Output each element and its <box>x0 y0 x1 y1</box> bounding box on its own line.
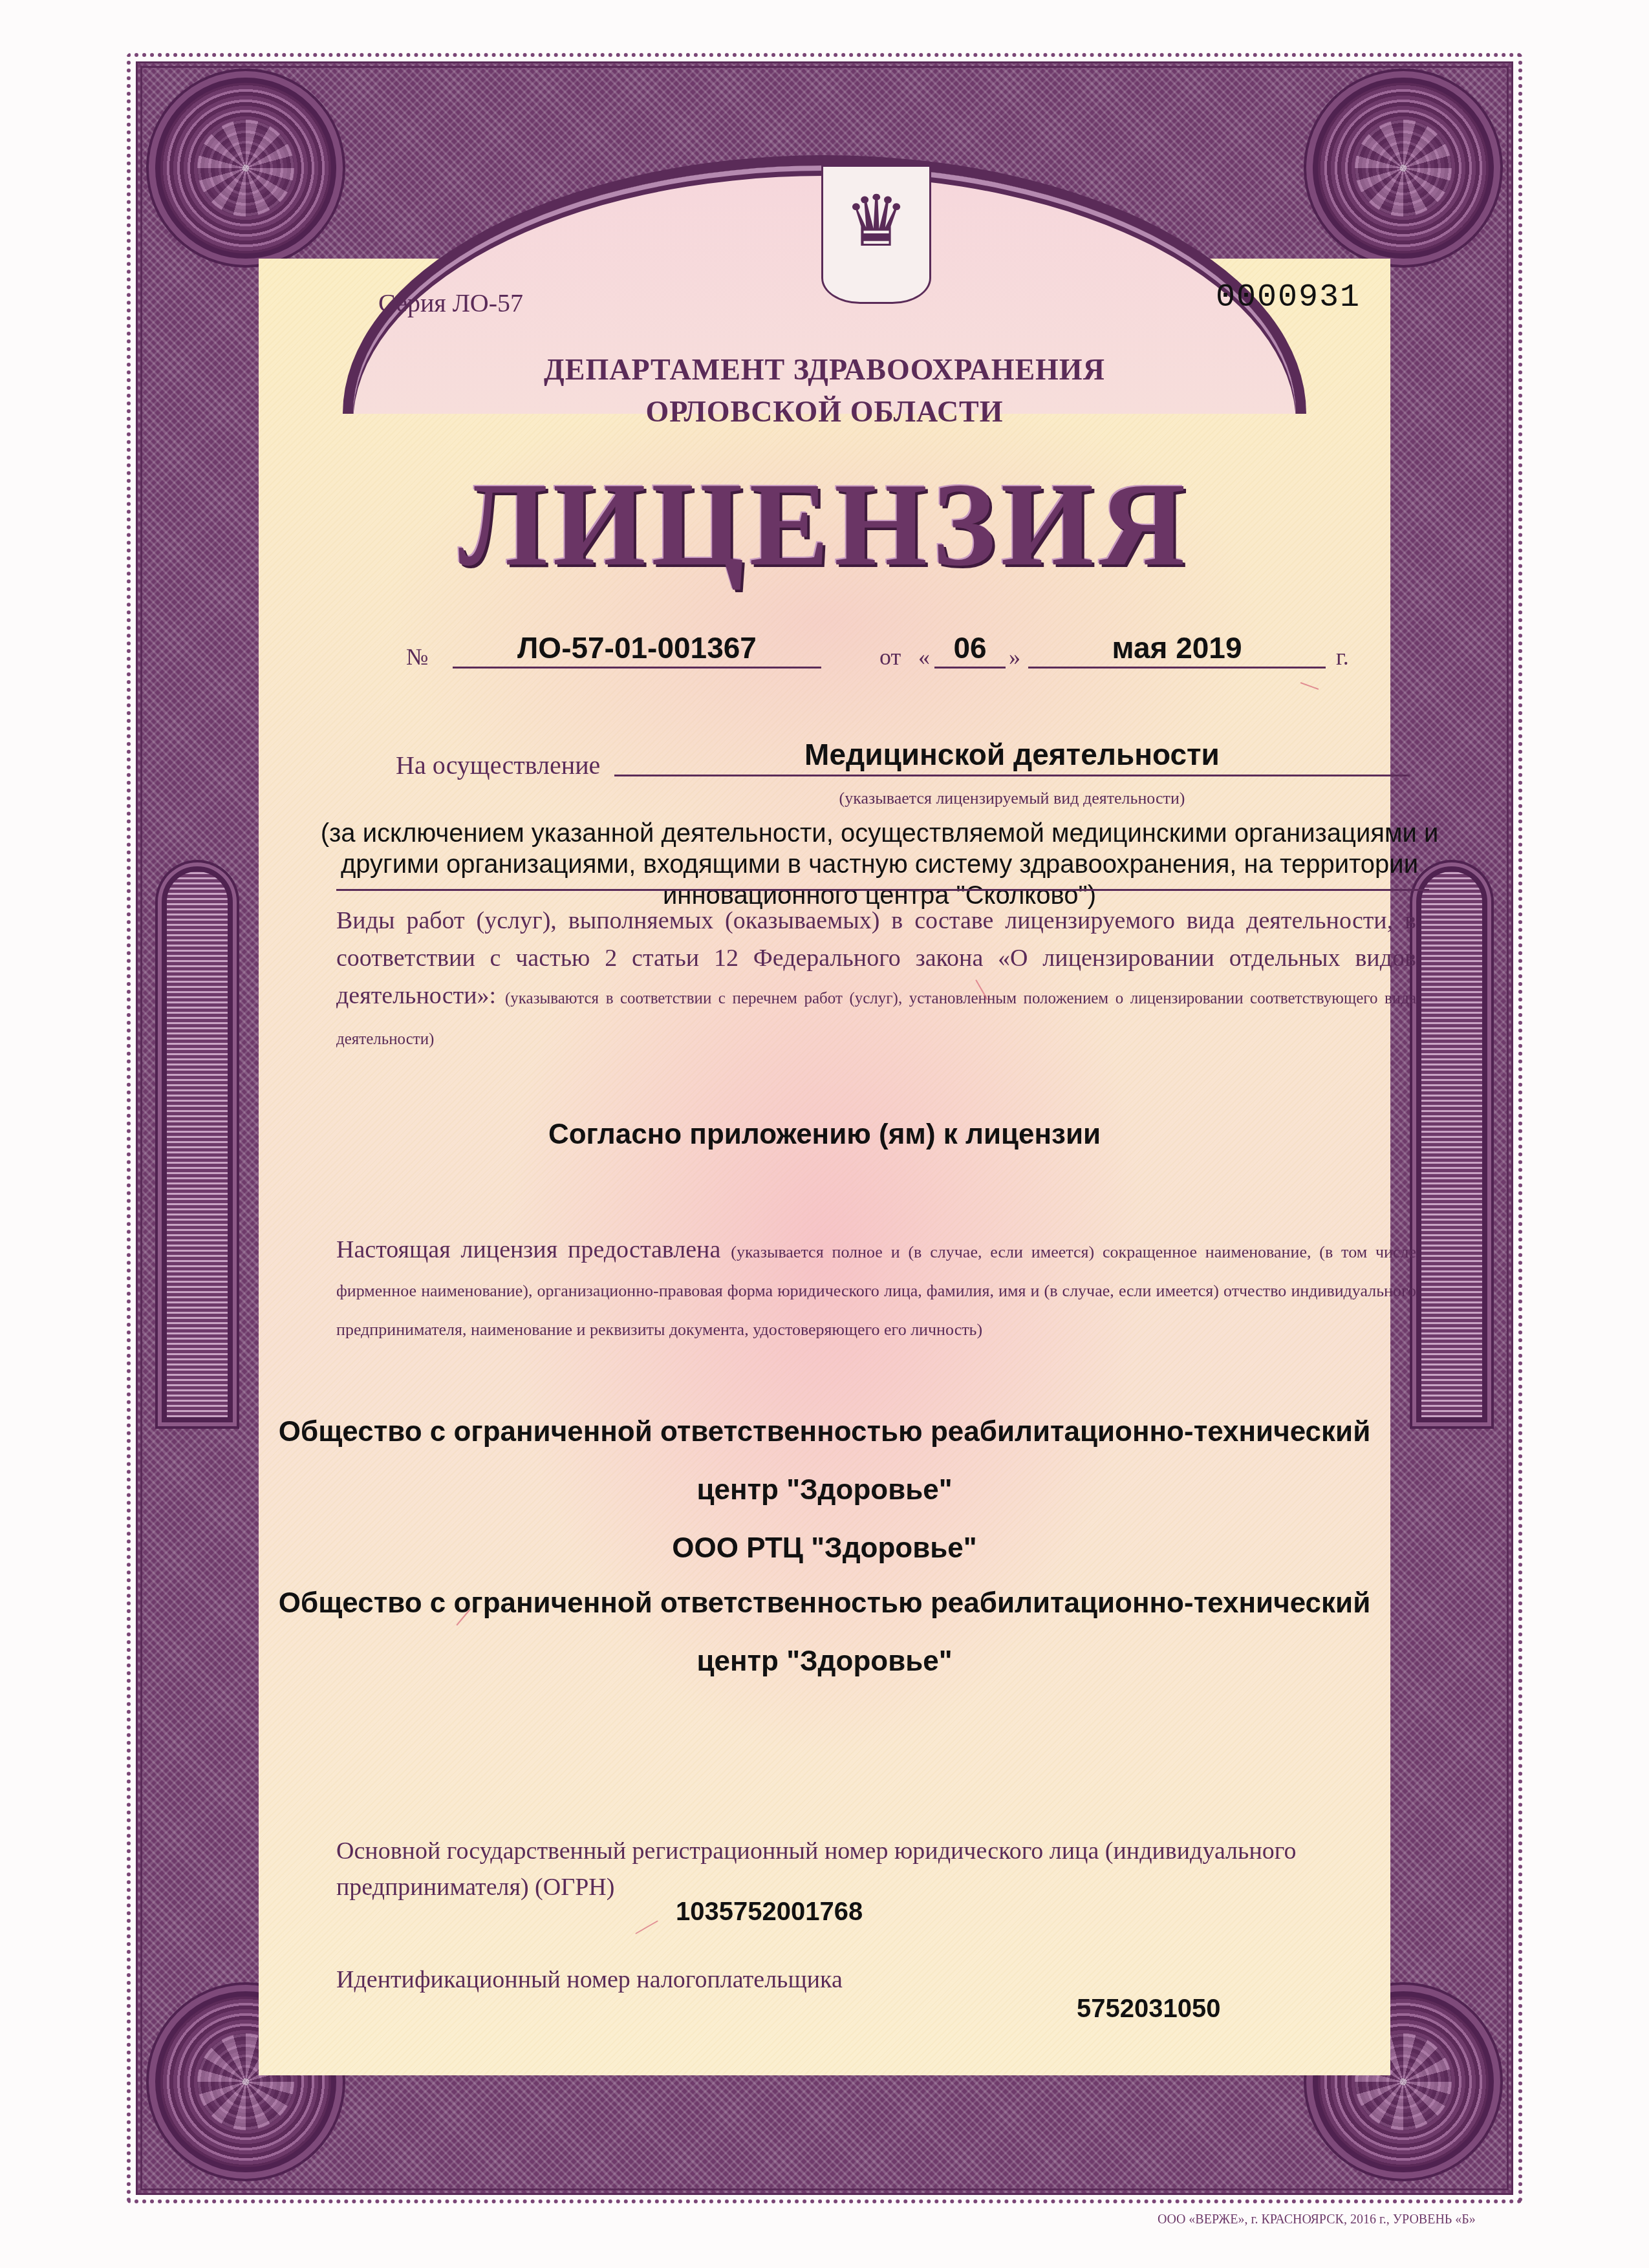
license-day: 06 <box>934 630 1006 669</box>
coat-of-arms-icon: ♛ <box>821 165 931 304</box>
org-brand-name-line-1: Общество с ограниченной ответственностью… <box>0 1587 1649 1620</box>
org-full-name-line-1: Общество с ограниченной ответственностью… <box>0 1416 1649 1448</box>
activity-hint: (указывается лицензируемый вид деятельно… <box>614 789 1410 808</box>
granted-statement: Настоящая лицензия предоставлена (указыв… <box>336 1232 1416 1348</box>
org-full-name-line-2: центр "Здоровье" <box>0 1474 1649 1506</box>
granted-text: Настоящая лицензия предоставлена <box>336 1236 720 1263</box>
quote-close: » <box>1009 643 1020 670</box>
rosette-icon-top-left <box>155 78 336 259</box>
inn-label: Идентификационный номер налогоплательщик… <box>336 1965 843 1994</box>
rosette-icon-top-right <box>1313 78 1494 259</box>
series-label: Серия ЛО-57 <box>378 288 523 318</box>
ogrn-label: Основной государственный регистрационный… <box>336 1833 1423 1905</box>
quote-open: « <box>918 643 930 670</box>
exclusion-underline <box>336 889 1429 891</box>
activity-exclusion: (за исключением указанной деятельности, … <box>297 818 1461 911</box>
org-brand-name-line-2: центр "Здоровье" <box>0 1645 1649 1678</box>
authority-line-2: ОРЛОВСКОЙ ОБЛАСТИ <box>0 394 1649 429</box>
double-headed-eagle-icon: ♛ <box>823 186 929 257</box>
year-suffix: г. <box>1336 643 1349 670</box>
printer-imprint: ООО «ВЕРЖЕ», г. КРАСНОЯРСК, 2016 г., УРО… <box>1158 2212 1476 2227</box>
works-hint: (указываются в соответствии с перечнем р… <box>336 990 1416 1048</box>
works-value: Согласно приложению (ям) к лицензии <box>0 1118 1649 1151</box>
works-statement: Виды работ (услуг), выполняемых (оказыва… <box>336 902 1416 1058</box>
org-short-name: ООО РТЦ "Здоровье" <box>0 1532 1649 1565</box>
date-from-label: от <box>879 643 901 670</box>
activity-value: Медицинской деятельности <box>614 737 1410 776</box>
authority-line-1: ДЕПАРТАМЕНТ ЗДРАВООХРАНЕНИЯ <box>0 352 1649 387</box>
inn-value: 5752031050 <box>1077 1995 1220 2024</box>
blank-number: 0000931 <box>1216 279 1361 316</box>
number-label: № <box>406 643 428 670</box>
activity-label: На осуществление <box>396 750 600 780</box>
license-month-year: мая 2019 <box>1028 630 1326 669</box>
document-title: ЛИЦЕНЗИЯ <box>0 456 1649 594</box>
ogrn-value: 1035752001768 <box>676 1898 863 1927</box>
license-number: ЛО-57-01-001367 <box>453 630 821 669</box>
